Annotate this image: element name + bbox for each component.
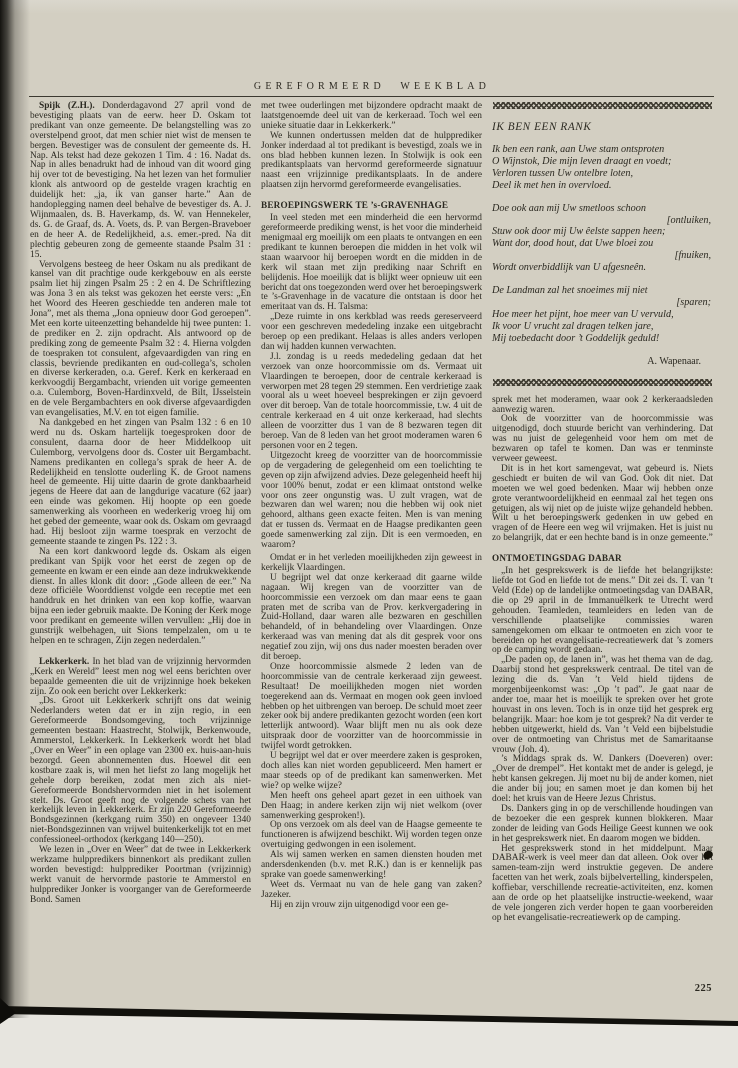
poem-line: O Wijnstok, Die mijn leven draagt en voe…: [492, 156, 713, 168]
paragraph: Spijk (Z.H.). Donderdagavond 27 april vo…: [30, 102, 251, 261]
paragraph: Men heeft ons geheel apart gezet in een …: [261, 792, 482, 822]
poem-line: Wordt onverbiddlijk van U afgesneên.: [492, 262, 713, 274]
paragraph: Als wij samen werken en samen diensten h…: [261, 851, 482, 881]
poem-signature: A. Wapenaar.: [492, 356, 713, 367]
poem-line: Verloren tussen Uw ontelbre loten,: [492, 168, 713, 180]
poem-stanza: Ik ben een rank, aan Uwe stam ontsproten…: [492, 144, 713, 192]
paragraph: „De paden op, de lanen in”, was het them…: [492, 656, 713, 755]
place-name-lead: Spijk (Z.H.).: [39, 101, 95, 111]
paragraph: ’s Middags sprak ds. W. Dankers (Doevere…: [492, 755, 713, 805]
paragraph: We lezen in „Over en Weer” dat de twee i…: [30, 846, 251, 905]
poem-line-continuation: [sparen;: [492, 297, 713, 309]
poem-stanza: Doe ook aan mij Uw smetloos schoon [ontl…: [492, 203, 713, 274]
paragraph: Na een kort dankwoord legde ds. Oskam al…: [30, 548, 251, 647]
poem-line: De Landman zal het snoeimes mij niet: [492, 285, 713, 297]
column-right: IK BEN EEN RANK Ik ben een rank, aan Uwe…: [492, 102, 713, 924]
poem-line-continuation: [ontluiken,: [492, 215, 713, 227]
paragraph: Ook de voorzitter van de hoorcommissie w…: [492, 415, 713, 465]
paragraph: Vervolgens besteeg de heer Oskam nu als …: [30, 261, 251, 420]
poem-line: Ik ben een rank, aan Uwe stam ontsproten: [492, 144, 713, 156]
poem-line-continuation: [fnuiken,: [492, 250, 713, 262]
paragraph: Het gesprekswerk stond in het middelpunt…: [492, 845, 713, 924]
scan-top-fade: [0, 0, 738, 14]
column-middle: met twee ouderlingen met bijzondere opdr…: [261, 102, 482, 924]
masthead-rule: [29, 96, 714, 97]
paragraph: Op ons verzoek om als deel van de Haagse…: [261, 821, 482, 851]
page-bottom-edge: [0, 995, 738, 1068]
paragraph: „Deze ruimte in ons kerkblad was reeds g…: [261, 313, 482, 353]
paragraph: Omdat er in het verleden moeilijkheden z…: [261, 554, 482, 574]
poem-stanza: De Landman zal het snoeimes mij niet [sp…: [492, 285, 713, 345]
poem-line: Want dor, dood hout, dat Uwe bloei zou: [492, 238, 713, 250]
paragraph: Ds. Dankers ging in op de verschillende …: [492, 805, 713, 845]
paragraph: In veel steden met een minderheid die ee…: [261, 214, 482, 313]
section-heading-beroepingswerk: BEROEPINGSWERK TE ’s-GRAVENHAGE: [261, 200, 482, 210]
paragraph: Na dankgebed en het zingen van Psalm 132…: [30, 419, 251, 548]
paragraph: Weet ds. Vermaat nu van de hele gang van…: [261, 881, 482, 901]
paragraph: Uitgezocht kreeg de voorzitter van de ho…: [261, 452, 482, 551]
poem-box: IK BEN EEN RANK Ik ben een rank, aan Uwe…: [492, 102, 713, 386]
masthead-title: GEREFORMEERD WEEKBLAD: [30, 81, 714, 92]
paragraph: U begrijpt wel dat onze kerkeraad dit ga…: [261, 574, 482, 663]
zigzag-divider-bottom: [493, 379, 712, 386]
paragraph: Lekkerkerk. In het blad van de vrijzinni…: [30, 658, 251, 698]
text-columns: Spijk (Z.H.). Donderdagavond 27 april vo…: [30, 102, 714, 924]
poem-line: Stuw ook door mij Uw êelste sappen heen;: [492, 226, 713, 238]
magazine-page-scan: GEREFORMEERD WEEKBLAD Spijk (Z.H.). Dond…: [0, 0, 738, 1068]
paragraph: U begrijpt wel dat er over meerdere zake…: [261, 752, 482, 792]
poem-line: Ik voor U vrucht zal dragen telken jare,: [492, 321, 713, 333]
zigzag-divider-top: [493, 102, 712, 109]
place-name-lead: Lekkerkerk.: [39, 657, 89, 667]
poem-line: Hoe meer het pijnt, hoe meer van U vervu…: [492, 309, 713, 321]
poem-line: Mij toebedacht door ’t Goddelijk geduld!: [492, 333, 713, 345]
paragraph: sprek met het moderamen, waar ook 2 kerk…: [492, 396, 713, 416]
page-edge-light-area: [0, 995, 738, 1068]
paragraph: „Ds. Groot uit Lekkerkerk schrijft ons d…: [30, 697, 251, 846]
paragraph: met twee ouderlingen met bijzondere opdr…: [261, 102, 482, 132]
paragraph: Dit is in het kort samengevat, wat gebeu…: [492, 465, 713, 544]
section-heading-ontmoetingsdag: ONTMOETINGSDAG DABAR: [492, 553, 713, 563]
paragraph-text: Donderdagavond 27 april vond de bevestig…: [30, 101, 251, 260]
spine-shadow: [0, 0, 30, 1018]
paragraph: We kunnen ondertussen melden dat de hulp…: [261, 132, 482, 191]
poem-line: Deel ik met hen in overvloed.: [492, 180, 713, 192]
page-number: 225: [484, 983, 712, 994]
paragraph: Onze hoorcommissie alsmede 2 leden van d…: [261, 663, 482, 752]
paragraph: J.l. zondag is u reeds mededeling gedaan…: [261, 353, 482, 452]
column-left: Spijk (Z.H.). Donderdagavond 27 april vo…: [30, 102, 251, 924]
poem-line: Doe ook aan mij Uw smetloos schoon: [492, 203, 713, 215]
paragraph: Hij en zijn vrouw zijn uitgenodigd voor …: [261, 901, 482, 911]
poem-title: IK BEN EEN RANK: [492, 121, 713, 133]
paragraph: „In het gesprekswerk is de liefde het be…: [492, 567, 713, 656]
